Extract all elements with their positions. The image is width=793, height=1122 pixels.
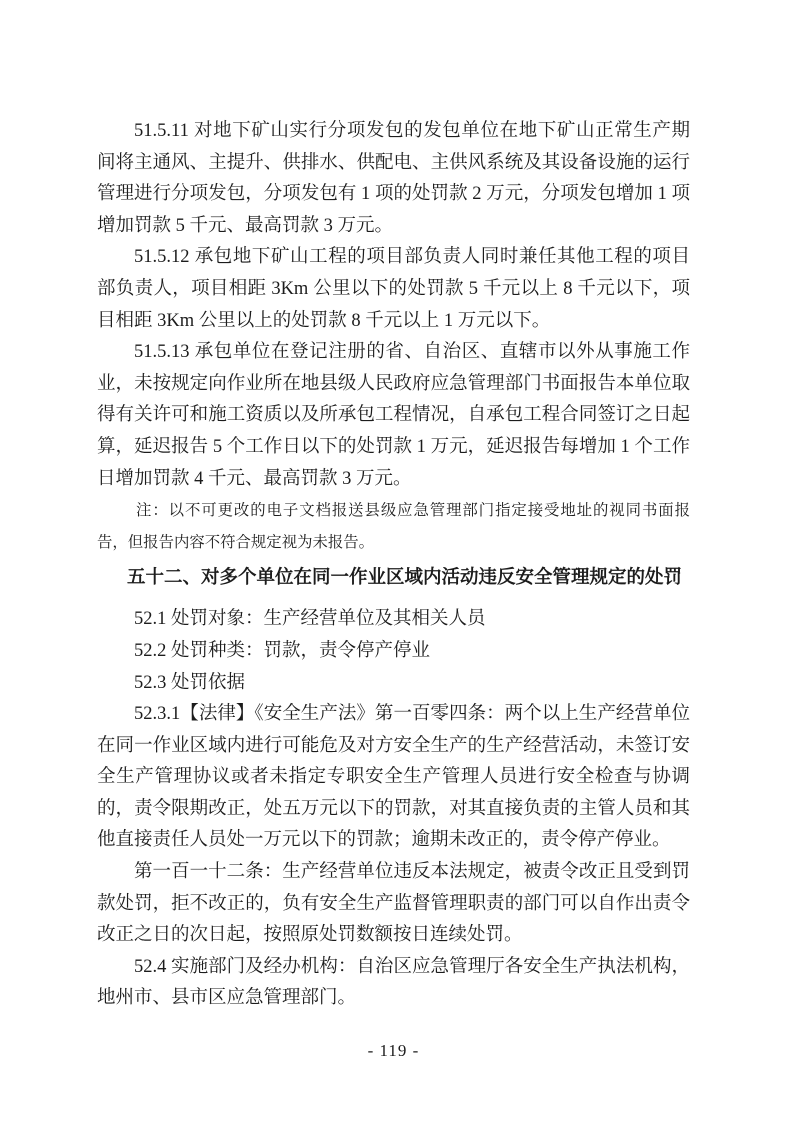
item-52-3-penalty-basis: 52.3 处罚依据 bbox=[97, 668, 690, 700]
document-text-block: 51.5.11 对地下矿山实行分项发包的发包单位在地下矿山正常生产期间将主通风、… bbox=[97, 0, 690, 1015]
paragraph-51-5-12: 51.5.12 承包地下矿山工程的项目部负责人同时兼任其他工程的项目部负责人，项… bbox=[97, 242, 690, 337]
page-number: - 119 - bbox=[97, 1041, 690, 1061]
note-text: 注：以不可更改的电子文档报送县级应急管理部门指定接受地址的视同书面报告，但报告内… bbox=[97, 495, 690, 558]
paragraph-article-112: 第一百一十二条：生产经营单位违反本法规定，被责令改正且受到罚款处罚，拒不改正的，… bbox=[97, 857, 690, 952]
item-52-1-penalty-target: 52.1 处罚对象：生产经营单位及其相关人员 bbox=[97, 604, 690, 636]
section-heading-52: 五十二、对多个单位在同一作业区域内活动违反安全管理规定的处罚 bbox=[97, 560, 690, 594]
paragraph-51-5-13: 51.5.13 承包单位在登记注册的省、自治区、直辖市以外从事施工作业，未按规定… bbox=[97, 337, 690, 495]
item-52-2-penalty-type: 52.2 处罚种类：罚款，责令停产停业 bbox=[97, 636, 690, 668]
document-page: 51.5.11 对地下矿山实行分项发包的发包单位在地下矿山正常生产期间将主通风、… bbox=[0, 0, 793, 1122]
paragraph-52-4-implementing-departments: 52.4 实施部门及经办机构：自治区应急管理厅各安全生产执法机构，地州市、县市区… bbox=[97, 952, 690, 1015]
paragraph-52-3-1-law: 52.3.1【法律】《安全生产法》第一百零四条：两个以上生产经营单位在同一作业区… bbox=[97, 699, 690, 857]
paragraph-51-5-11: 51.5.11 对地下矿山实行分项发包的发包单位在地下矿山正常生产期间将主通风、… bbox=[97, 116, 690, 242]
